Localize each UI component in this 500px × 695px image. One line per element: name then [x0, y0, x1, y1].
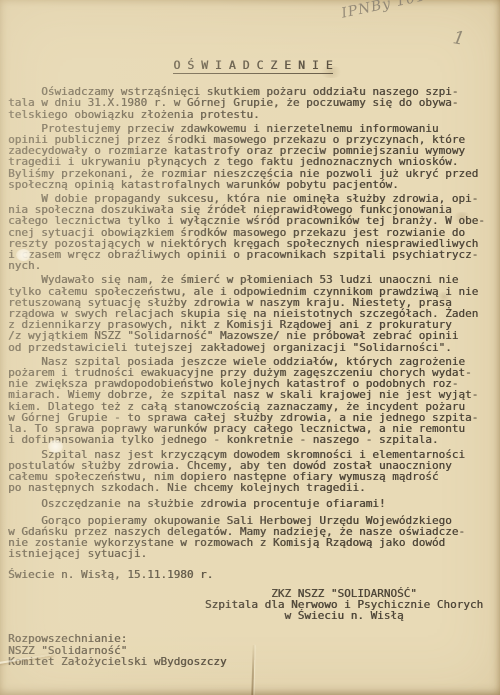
paragraph-opening-protest: Oświadczamy wstrząśnięci skutkiem pożaru… — [8, 86, 498, 120]
signature-location: w Świeciu n. Wisłą — [198, 610, 490, 621]
paragraph-propaganda: W dobie propagandy sukcesu, która nie om… — [8, 193, 498, 271]
distribution-header: Rozpowszechnianie: — [8, 633, 498, 644]
paragraph-slogan: Oszczędzanie na służbie zdrowia procentu… — [8, 498, 498, 509]
paragraph-media-criticism: Protestujemy przeciw zdawkowemu i nierze… — [8, 123, 498, 190]
archive-reference-pencil-note: IPNBy 1013/28 — [340, 0, 490, 22]
paper-hole-defect — [48, 440, 63, 453]
typewritten-text-block: O Ś W I A D C Z E N I E Oświadczamy wstr… — [8, 60, 498, 667]
document-title: O Ś W I A D C Z E N I E — [173, 60, 332, 74]
paragraph-hospital-danger: Nasz szpital posiada jeszcze wiele oddzi… — [8, 356, 498, 446]
signature-block: ZKZ NSZZ "SOLIDARNOŚĆ" Szpitala dla Nerw… — [198, 588, 490, 622]
dateline: Świecie n. Wisłą, 15.11.1980 r. — [8, 569, 498, 580]
page-number-pencil-note: 1 — [451, 27, 466, 50]
paper-hole-defect — [16, 249, 31, 261]
paragraph-support-occupation: Gorąco popieramy okupowanie Sali Herbowe… — [8, 515, 498, 560]
paragraph-modest-postulates: Szpital nasz jest krzyczącym dowodem skr… — [8, 449, 498, 494]
vertical-fold-crease — [251, 645, 254, 695]
scanned-document-page: IPNBy 1013/28 1 O Ś W I A D C Z E N I E … — [0, 0, 500, 695]
title-row: O Ś W I A D C Z E N I E — [8, 60, 498, 74]
paragraph-press-and-commission: Wydawało się nam, że śmierć w płomieniac… — [8, 274, 498, 352]
